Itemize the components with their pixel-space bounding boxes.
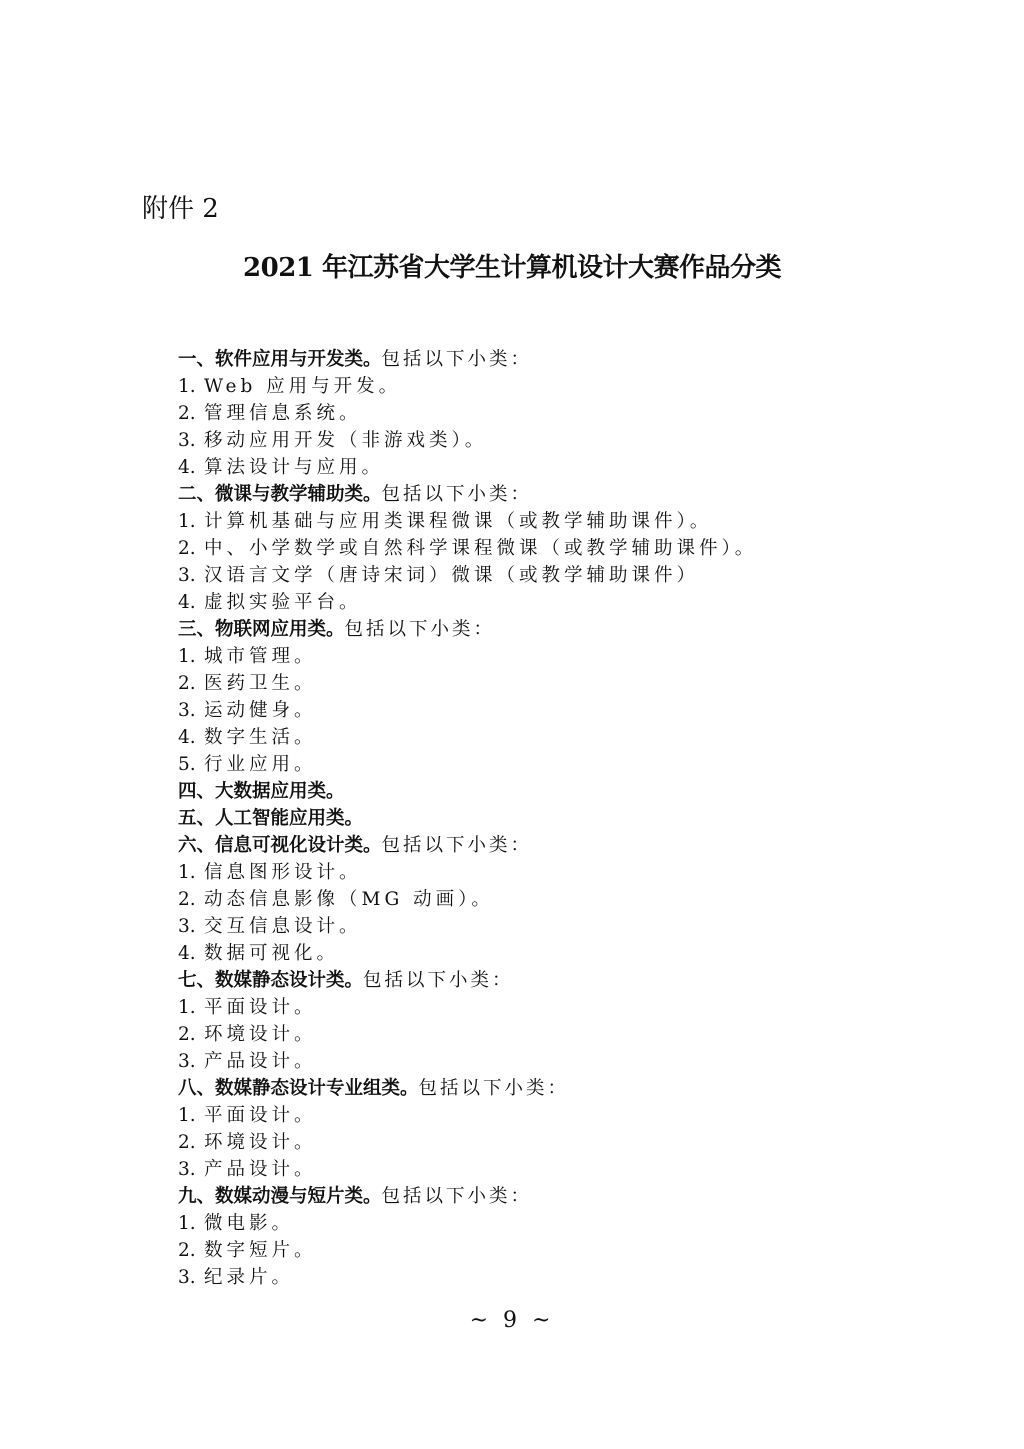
section-heading: 五、人工智能应用类。 <box>178 805 878 832</box>
section-heading-text: 二、微课与教学辅助类。 <box>178 484 382 505</box>
list-item: 3.纪录片。 <box>178 1264 878 1291</box>
list-item: 4.数据可视化。 <box>178 940 878 967</box>
list-item: 2.动态信息影像（MG 动画）。 <box>178 886 878 913</box>
section-heading-text: 九、数媒动漫与短片类。 <box>178 1186 382 1207</box>
section-heading-suffix: 包括以下小类： <box>382 1186 533 1207</box>
document-title: 2021 年江苏省大学生计算机设计大赛作品分类 <box>0 250 1024 286</box>
list-item: 5.行业应用。 <box>178 751 878 778</box>
list-item: 2.环境设计。 <box>178 1021 878 1048</box>
section-heading: 八、数媒静态设计专业组类。包括以下小类： <box>178 1075 878 1102</box>
list-item: 1.微电影。 <box>178 1210 878 1237</box>
list-item: 1.平面设计。 <box>178 1102 878 1129</box>
item-number: 1. <box>178 373 204 400</box>
item-text: 计算机基础与应用类课程微课（或教学辅助课件）。 <box>204 511 712 532</box>
list-item: 2.管理信息系统。 <box>178 400 878 427</box>
section-heading-text: 五、人工智能应用类。 <box>178 808 363 829</box>
list-item: 1.计算机基础与应用类课程微课（或教学辅助课件）。 <box>178 508 878 535</box>
section-heading-text: 一、软件应用与开发类。 <box>178 349 382 370</box>
item-number: 4. <box>178 724 204 751</box>
item-text: 管理信息系统。 <box>204 403 362 424</box>
section-heading: 七、数媒静态设计类。包括以下小类： <box>178 967 878 994</box>
item-text: 数字短片。 <box>204 1240 317 1261</box>
section-heading-suffix: 包括以下小类： <box>382 835 533 856</box>
item-text: 数字生活。 <box>204 727 317 748</box>
item-number: 3. <box>178 913 204 940</box>
list-item: 3.汉语言文学（唐诗宋词）微课（或教学辅助课件） <box>178 562 878 589</box>
item-number: 3. <box>178 562 204 589</box>
item-text: 数据可视化。 <box>204 943 339 964</box>
section-heading: 六、信息可视化设计类。包括以下小类： <box>178 832 878 859</box>
item-text: 运动健身。 <box>204 700 317 721</box>
section-heading: 九、数媒动漫与短片类。包括以下小类： <box>178 1183 878 1210</box>
section-heading-text: 六、信息可视化设计类。 <box>178 835 382 856</box>
item-number: 5. <box>178 751 204 778</box>
list-item: 4.虚拟实验平台。 <box>178 589 878 616</box>
item-text: 环境设计。 <box>204 1132 317 1153</box>
section-heading: 一、软件应用与开发类。包括以下小类： <box>178 346 878 373</box>
list-item: 2.中、小学数学或自然科学课程微课（或教学辅助课件）。 <box>178 535 878 562</box>
item-number: 3. <box>178 697 204 724</box>
item-text: 医药卫生。 <box>204 673 317 694</box>
item-text: 产品设计。 <box>204 1051 317 1072</box>
list-item: 4.算法设计与应用。 <box>178 454 878 481</box>
list-item: 2.数字短片。 <box>178 1237 878 1264</box>
section-heading-text: 三、物联网应用类。 <box>178 619 345 640</box>
section-heading: 三、物联网应用类。包括以下小类： <box>178 616 878 643</box>
item-number: 2. <box>178 1237 204 1264</box>
section-heading-suffix: 包括以下小类： <box>363 970 514 991</box>
list-item: 1.平面设计。 <box>178 994 878 1021</box>
item-text: Web 应用与开发。 <box>204 376 401 397</box>
item-number: 3. <box>178 427 204 454</box>
section-heading-text: 八、数媒静态设计专业组类。 <box>178 1078 419 1099</box>
item-text: 动态信息影像（MG 动画）。 <box>204 889 494 910</box>
item-text: 交互信息设计。 <box>204 916 362 937</box>
list-item: 2.环境设计。 <box>178 1129 878 1156</box>
item-text: 算法设计与应用。 <box>204 457 384 478</box>
item-text: 行业应用。 <box>204 754 317 775</box>
category-list: 一、软件应用与开发类。包括以下小类： 1.Web 应用与开发。 2.管理信息系统… <box>178 346 878 1291</box>
item-number: 2. <box>178 535 204 562</box>
item-text: 中、小学数学或自然科学课程微课（或教学辅助课件）。 <box>204 538 757 559</box>
item-text: 微电影。 <box>204 1213 294 1234</box>
item-text: 环境设计。 <box>204 1024 317 1045</box>
item-number: 1. <box>178 1210 204 1237</box>
item-number: 3. <box>178 1264 204 1291</box>
item-number: 1. <box>178 643 204 670</box>
section-heading-suffix: 包括以下小类： <box>345 619 496 640</box>
item-text: 汉语言文学（唐诗宋词）微课（或教学辅助课件） <box>204 565 699 586</box>
item-number: 3. <box>178 1048 204 1075</box>
item-number: 1. <box>178 859 204 886</box>
list-item: 1.Web 应用与开发。 <box>178 373 878 400</box>
item-number: 2. <box>178 886 204 913</box>
item-number: 2. <box>178 1021 204 1048</box>
attachment-label: 附件 2 <box>142 193 219 225</box>
list-item: 3.产品设计。 <box>178 1156 878 1183</box>
section-heading-text: 七、数媒静态设计类。 <box>178 970 363 991</box>
page-number: ~ 9 ~ <box>0 1306 1024 1336</box>
item-number: 4. <box>178 589 204 616</box>
section-heading: 四、大数据应用类。 <box>178 778 878 805</box>
list-item: 2.医药卫生。 <box>178 670 878 697</box>
item-number: 1. <box>178 994 204 1021</box>
list-item: 1.信息图形设计。 <box>178 859 878 886</box>
section-heading-suffix: 包括以下小类： <box>419 1078 570 1099</box>
section-heading-suffix: 包括以下小类： <box>382 349 533 370</box>
list-item: 1.城市管理。 <box>178 643 878 670</box>
item-text: 城市管理。 <box>204 646 317 667</box>
item-text: 虚拟实验平台。 <box>204 592 362 613</box>
item-number: 2. <box>178 1129 204 1156</box>
list-item: 3.产品设计。 <box>178 1048 878 1075</box>
section-heading-text: 四、大数据应用类。 <box>178 781 345 802</box>
section-heading-suffix: 包括以下小类： <box>382 484 533 505</box>
item-number: 1. <box>178 1102 204 1129</box>
item-number: 4. <box>178 940 204 967</box>
item-number: 4. <box>178 454 204 481</box>
section-heading: 二、微课与教学辅助类。包括以下小类： <box>178 481 878 508</box>
list-item: 3.移动应用开发（非游戏类）。 <box>178 427 878 454</box>
item-text: 平面设计。 <box>204 1105 317 1126</box>
item-text: 信息图形设计。 <box>204 862 362 883</box>
list-item: 3.交互信息设计。 <box>178 913 878 940</box>
item-number: 2. <box>178 400 204 427</box>
list-item: 3.运动健身。 <box>178 697 878 724</box>
list-item: 4.数字生活。 <box>178 724 878 751</box>
item-number: 1. <box>178 508 204 535</box>
item-number: 2. <box>178 670 204 697</box>
item-number: 3. <box>178 1156 204 1183</box>
item-text: 产品设计。 <box>204 1159 317 1180</box>
item-text: 移动应用开发（非游戏类）。 <box>204 430 487 451</box>
item-text: 平面设计。 <box>204 997 317 1018</box>
item-text: 纪录片。 <box>204 1267 294 1288</box>
